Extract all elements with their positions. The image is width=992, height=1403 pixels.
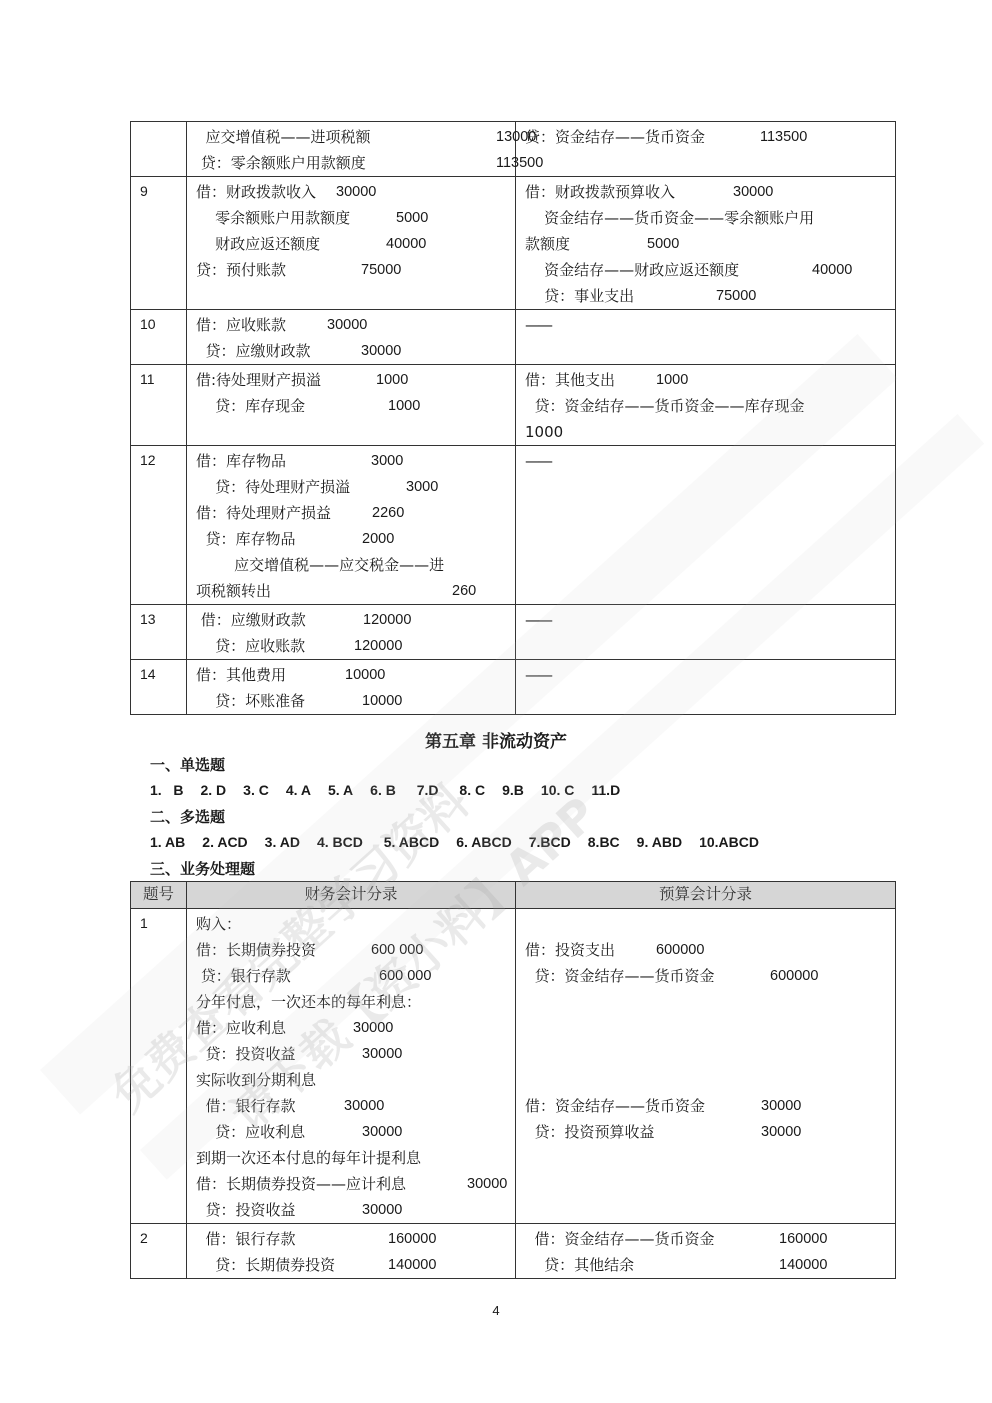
entry-line: 项税额转出260: [196, 578, 515, 604]
financial-entry-cell: 借：其他费用10000 贷：坏账准备10000: [187, 660, 516, 715]
entry-lines: 购入：借：长期债券投资600 000 贷：银行存款600 000分年付息，一次还…: [187, 909, 515, 1223]
entry-number: [131, 122, 187, 177]
entry-number: 9: [131, 177, 187, 310]
entry-account: 贷：待处理财产损溢: [196, 478, 350, 496]
entry-number: 11: [131, 365, 187, 446]
budget-entry-cell: ——: [516, 310, 896, 365]
entry-lines: 借：库存物品3000 贷：待处理财产损溢3000借：待处理财产损益2260 贷：…: [187, 446, 515, 604]
entry-amount: 30000: [361, 338, 401, 364]
entry-line: 贷：零余额账户用款额度113500: [196, 150, 515, 176]
table-row: 14借：其他费用10000 贷：坏账准备10000——: [131, 660, 896, 715]
entry-line: 借：资金结存——货币资金30000: [525, 1093, 895, 1119]
table-row: 1购入：借：长期债券投资600 000 贷：银行存款600 000分年付息，一次…: [131, 909, 896, 1224]
entry-account: 贷：其他结余: [525, 1256, 634, 1274]
entry-line: 贷：应收账款120000: [196, 633, 515, 659]
table-row: 11借:待处理财产损溢1000 贷：库存现金1000借：其他支出1000 贷：资…: [131, 365, 896, 446]
entry-amount: 140000: [779, 1252, 827, 1278]
financial-entry-cell: 借:待处理财产损溢1000 贷：库存现金1000: [187, 365, 516, 446]
entry-line: [525, 911, 895, 937]
multiple-choice-answers: 1. AB2. ACD3. AD4. BCD 5. ABCD6. ABCD7.B…: [150, 834, 776, 850]
entry-number: 12: [131, 446, 187, 605]
entry-line: 贷：资金结存——货币资金——库存现金: [525, 393, 895, 419]
answer-item: 7.D: [413, 782, 439, 798]
entry-amount: 30000: [761, 1119, 801, 1145]
entry-line: 贷：应收利息30000: [196, 1119, 515, 1145]
entry-amount: 113500: [496, 150, 543, 176]
entry-line: [525, 1041, 895, 1067]
entry-account: 贷：长期债券投资: [196, 1256, 335, 1274]
answer-item: 9. ABD: [637, 834, 682, 850]
budget-entry-cell: 借：投资支出600000 贷：资金结存——货币资金600000借：资金结存——货…: [516, 909, 896, 1224]
answer-item: 8. C: [456, 782, 486, 798]
single-choice-answers: 1. B2. D3. C4. A5. A6. B 7.D 8. C9.B10. …: [150, 782, 637, 798]
table-row: 10借：应收账款30000 贷：应缴财政款30000——: [131, 310, 896, 365]
entry-line: 贷：投资收益30000: [196, 1197, 515, 1223]
answer-item: 8.BC: [588, 834, 620, 850]
entry-account: 到期一次还本付息的每年计提利息: [196, 1149, 421, 1167]
entry-account: 财政应返还额度: [196, 235, 320, 253]
financial-entry-cell: 购入：借：长期债券投资600 000 贷：银行存款600 000分年付息，一次还…: [187, 909, 516, 1224]
entry-account: 贷：应收账款: [196, 637, 305, 655]
entry-amount: 75000: [361, 257, 401, 283]
entry-account: 借：应缴财政款: [196, 611, 306, 629]
entry-amount: 113500: [760, 124, 807, 150]
entry-line: 购入：: [196, 911, 515, 937]
entry-account: 实际收到分期利息: [196, 1071, 316, 1089]
header-budget: 预算会计分录: [516, 882, 896, 909]
entry-account: 项税额转出: [196, 582, 271, 600]
answer-item: 2. ACD: [202, 834, 247, 850]
entry-account: 借：应收利息: [196, 1019, 286, 1037]
budget-entry-cell: ——: [516, 446, 896, 605]
entry-account: 借:待处理财产损溢: [196, 371, 321, 389]
entry-lines: ——: [516, 446, 895, 474]
entry-line: 零余额账户用款额度5000: [196, 205, 515, 231]
entry-amount: 30000: [327, 312, 367, 338]
answer-item: 3. AD: [265, 834, 300, 850]
entry-amount: 30000: [344, 1093, 384, 1119]
answer-item: 10. C: [541, 782, 574, 798]
entry-amount: 30000: [761, 1093, 801, 1119]
entry-amount: 2260: [372, 500, 404, 526]
entry-lines: 借：财政拨款收入30000 零余额账户用款额度5000 财政应返还额度40000…: [187, 177, 515, 283]
entry-line: [525, 989, 895, 1015]
entry-amount: 600000: [770, 963, 818, 989]
entry-line: 借：待处理财产损益2260: [196, 500, 515, 526]
entry-line: 款额度5000: [525, 231, 895, 257]
entry-line: 到期一次还本付息的每年计提利息: [196, 1145, 515, 1171]
entry-account: 借：资金结存——货币资金: [525, 1230, 715, 1248]
answer-item: 6. B: [370, 782, 396, 798]
entry-lines: 借：其他费用10000 贷：坏账准备10000: [187, 660, 515, 714]
entry-line: 贷：投资预算收益30000: [525, 1119, 895, 1145]
entry-amount: 600 000: [379, 963, 431, 989]
financial-entry-cell: 借：库存物品3000 贷：待处理财产损溢3000借：待处理财产损益2260 贷：…: [187, 446, 516, 605]
entry-number: 2: [131, 1224, 187, 1279]
entry-account: 贷：预付账款: [196, 261, 286, 279]
entry-account: 贷：投资收益: [196, 1201, 296, 1219]
answer-item: 5. ABCD: [380, 834, 439, 850]
entry-account: 借：财政拨款收入: [196, 183, 316, 201]
answer-item: 9.B: [502, 782, 524, 798]
entry-amount: 5000: [647, 231, 679, 257]
answer-item: 2. D: [200, 782, 226, 798]
entry-line: 贷：待处理财产损溢3000: [196, 474, 515, 500]
entry-line: 贷：库存物品2000: [196, 526, 515, 552]
entry-line: 资金结存——财政应返还额度40000: [525, 257, 895, 283]
budget-entry-cell: 借：其他支出1000 贷：资金结存——货币资金——库存现金1000: [516, 365, 896, 446]
entry-lines: 借：应缴财政款120000 贷：应收账款120000: [187, 605, 515, 659]
entry-account: 借：财政拨款预算收入: [525, 183, 675, 201]
entry-line: 分年付息，一次还本的每年利息：: [196, 989, 515, 1015]
entry-line: 1000: [525, 419, 895, 445]
entry-amount: 40000: [386, 231, 426, 257]
entry-line: 借：应收账款30000: [196, 312, 515, 338]
entry-account: 借：其他支出: [525, 371, 615, 389]
entry-account: 借：待处理财产损益: [196, 504, 331, 522]
entry-amount: 1000: [656, 367, 688, 393]
answer-item: 4. A: [286, 782, 311, 798]
answer-item: 10.ABCD: [699, 834, 759, 850]
entry-amount: 5000: [396, 205, 428, 231]
entry-amount: 160000: [779, 1226, 827, 1252]
answer-item: 6. ABCD: [456, 834, 512, 850]
table-header-row: 题号 财务会计分录 预算会计分录: [131, 882, 896, 909]
entry-account: 借：长期债券投资——应计利息: [196, 1175, 406, 1193]
page-number: 4: [0, 1303, 992, 1318]
practice-heading: 三、业务处理题: [150, 858, 255, 879]
entry-amount: 30000: [353, 1015, 393, 1041]
entry-account: 贷：应收利息: [196, 1123, 305, 1141]
entry-line: 贷：其他结余140000: [525, 1252, 895, 1278]
entry-account: 购入：: [196, 915, 241, 933]
entry-amount: 120000: [363, 607, 411, 633]
entry-account: 借：库存物品: [196, 452, 286, 470]
entry-line: 贷：资金结存——货币资金600000: [525, 963, 895, 989]
entry-amount: 10000: [362, 688, 402, 714]
entry-line: [525, 1067, 895, 1093]
answer-item: 1. B: [150, 782, 183, 798]
table-row: 13 借：应缴财政款120000 贷：应收账款120000——: [131, 605, 896, 660]
entry-account: 贷：资金结存——货币资金: [525, 128, 705, 146]
answer-item: 3. C: [243, 782, 269, 798]
no-entry-dash: ——: [525, 312, 895, 338]
entry-account: 资金结存——财政应返还额度: [525, 261, 739, 279]
entry-amount: 30000: [362, 1197, 402, 1223]
entry-amount: 30000: [467, 1171, 507, 1197]
entry-amount: 260: [452, 578, 476, 604]
entry-amount: 3000: [371, 448, 403, 474]
no-entry-dash: ——: [525, 662, 895, 688]
entry-line: 借：财政拨款预算收入30000: [525, 179, 895, 205]
budget-entry-cell: 贷：资金结存——货币资金113500: [516, 122, 896, 177]
chapter-title: 第五章 非流动资产: [0, 727, 992, 752]
entry-account: 贷：资金结存——货币资金——库存现金: [525, 397, 805, 415]
entry-lines: 借：资金结存——货币资金160000 贷：其他结余140000: [516, 1224, 895, 1278]
entry-account: 贷：资金结存——货币资金: [525, 967, 715, 985]
financial-entry-cell: 借：财政拨款收入30000 零余额账户用款额度5000 财政应返还额度40000…: [187, 177, 516, 310]
entry-amount: 600000: [656, 937, 704, 963]
financial-entry-cell: 借：应缴财政款120000 贷：应收账款120000: [187, 605, 516, 660]
entry-account: 贷：应缴财政款: [196, 342, 311, 360]
budget-entry-cell: 借：财政拨款预算收入30000 资金结存——货币资金——零余额账户用款额度500…: [516, 177, 896, 310]
entry-line: 借：银行存款30000: [196, 1093, 515, 1119]
answer-item: 1. AB: [150, 834, 185, 850]
entry-number: 13: [131, 605, 187, 660]
entry-account: 贷：库存现金: [196, 397, 305, 415]
entry-amount: 10000: [345, 662, 385, 688]
entry-line: 贷：预付账款75000: [196, 257, 515, 283]
entry-account: 借：应收账款: [196, 316, 286, 334]
entry-lines: ——: [516, 660, 895, 688]
table-row: 2 借：银行存款160000 贷：长期债券投资140000 借：资金结存——货币…: [131, 1224, 896, 1279]
entry-account: 款额度: [525, 235, 570, 253]
entry-line: 财政应返还额度40000: [196, 231, 515, 257]
entry-account: 借：银行存款: [196, 1230, 296, 1248]
entry-account: 应交增值税——进项税额: [196, 128, 371, 146]
entry-lines: 借：财政拨款预算收入30000 资金结存——货币资金——零余额账户用款额度500…: [516, 177, 895, 309]
table-row: 12借：库存物品3000 贷：待处理财产损溢3000借：待处理财产损益2260 …: [131, 446, 896, 605]
entry-lines: 借：应收账款30000 贷：应缴财政款30000: [187, 310, 515, 364]
header-financial: 财务会计分录: [187, 882, 516, 909]
entry-lines: ——: [516, 605, 895, 633]
answer-item: 7.BCD: [529, 834, 571, 850]
entry-amount: 40000: [812, 257, 852, 283]
budget-entry-cell: 借：资金结存——货币资金160000 贷：其他结余140000: [516, 1224, 896, 1279]
entry-amount: 140000: [388, 1252, 436, 1278]
entry-lines: 借：投资支出600000 贷：资金结存——货币资金600000借：资金结存——货…: [516, 909, 895, 1145]
entry-amount: 75000: [716, 283, 756, 309]
budget-entry-cell: ——: [516, 605, 896, 660]
top-entries-table: 应交增值税——进项税额13000 贷：零余额账户用款额度113500贷：资金结存…: [130, 121, 896, 715]
document-page: 应交增值税——进项税额13000 贷：零余额账户用款额度113500贷：资金结存…: [0, 0, 992, 1403]
entry-line: 应交增值税——应交税金——进: [196, 552, 515, 578]
practice-entries-table: 题号 财务会计分录 预算会计分录 1购入：借：长期债券投资600 000 贷：银…: [130, 881, 896, 1279]
entry-line: 借：其他费用10000: [196, 662, 515, 688]
entry-line: 借：资金结存——货币资金160000: [525, 1226, 895, 1252]
entry-line: 资金结存——货币资金——零余额账户用: [525, 205, 895, 231]
answer-item: 11.D: [591, 782, 620, 798]
entry-line: 贷：长期债券投资140000: [196, 1252, 515, 1278]
entry-lines: ——: [516, 310, 895, 338]
multiple-choice-heading: 二、多选题: [150, 806, 225, 827]
entry-lines: 借：其他支出1000 贷：资金结存——货币资金——库存现金1000: [516, 365, 895, 445]
entry-account: 分年付息，一次还本的每年利息：: [196, 993, 421, 1011]
entry-line: 实际收到分期利息: [196, 1067, 515, 1093]
entry-account: 借：银行存款: [196, 1097, 296, 1115]
entry-amount: 1000: [388, 393, 420, 419]
entry-line: 贷：坏账准备10000: [196, 688, 515, 714]
entry-account: 贷：银行存款: [196, 967, 291, 985]
entry-account: 贷：库存物品: [196, 530, 296, 548]
answer-item: 4. BCD: [317, 834, 363, 850]
entry-amount: 2000: [362, 526, 394, 552]
entry-account: 贷：投资预算收益: [525, 1123, 655, 1141]
entry-lines: 借：银行存款160000 贷：长期债券投资140000: [187, 1224, 515, 1278]
no-entry-dash: ——: [525, 448, 895, 474]
entry-account: 贷：坏账准备: [196, 692, 305, 710]
entry-line: 应交增值税——进项税额13000: [196, 124, 515, 150]
entry-account: 贷：零余额账户用款额度: [196, 154, 366, 172]
answer-item: 5. A: [328, 782, 353, 798]
entry-line: 借：应收利息30000: [196, 1015, 515, 1041]
table-row: 应交增值税——进项税额13000 贷：零余额账户用款额度113500贷：资金结存…: [131, 122, 896, 177]
entry-line: 贷：银行存款600 000: [196, 963, 515, 989]
financial-entry-cell: 借：银行存款160000 贷：长期债券投资140000: [187, 1224, 516, 1279]
entry-lines: 贷：资金结存——货币资金113500: [516, 122, 895, 150]
entry-account: 零余额账户用款额度: [196, 209, 350, 227]
entry-line: 贷：资金结存——货币资金113500: [525, 124, 895, 150]
entry-amount: 120000: [354, 633, 402, 659]
entry-account: 1000: [525, 423, 563, 441]
no-entry-dash: ——: [525, 607, 895, 633]
entry-account: 借：投资支出: [525, 941, 615, 959]
entry-line: 贷：投资收益30000: [196, 1041, 515, 1067]
entry-line: [525, 1015, 895, 1041]
entry-lines: 应交增值税——进项税额13000 贷：零余额账户用款额度113500: [187, 122, 515, 176]
entry-amount: 30000: [362, 1041, 402, 1067]
entry-number: 10: [131, 310, 187, 365]
entry-lines: 借:待处理财产损溢1000 贷：库存现金1000: [187, 365, 515, 419]
entry-amount: 30000: [733, 179, 773, 205]
entry-amount: 30000: [336, 179, 376, 205]
entry-account: 资金结存——货币资金——零余额账户用: [525, 209, 814, 227]
entry-line: 贷：应缴财政款30000: [196, 338, 515, 364]
entry-account: 贷：投资收益: [196, 1045, 296, 1063]
entry-line: 借：财政拨款收入30000: [196, 179, 515, 205]
entry-account: 借：其他费用: [196, 666, 286, 684]
entry-account: 借：长期债券投资: [196, 941, 316, 959]
entry-number: 1: [131, 909, 187, 1224]
entry-line: 贷：事业支出75000: [525, 283, 895, 309]
financial-entry-cell: 借：应收账款30000 贷：应缴财政款30000: [187, 310, 516, 365]
entry-account: 贷：事业支出: [525, 287, 634, 305]
entry-account: 借：资金结存——货币资金: [525, 1097, 705, 1115]
entry-account: 应交增值税——应交税金——进: [196, 556, 444, 574]
entry-amount: 600 000: [371, 937, 423, 963]
entry-line: 借：长期债券投资600 000: [196, 937, 515, 963]
entry-line: 借：库存物品3000: [196, 448, 515, 474]
entry-amount: 3000: [406, 474, 438, 500]
entry-amount: 1000: [376, 367, 408, 393]
entry-line: 借：应缴财政款120000: [196, 607, 515, 633]
entry-line: 借：其他支出1000: [525, 367, 895, 393]
header-num: 题号: [131, 882, 187, 909]
entry-amount: 30000: [362, 1119, 402, 1145]
entry-line: 借：投资支出600000: [525, 937, 895, 963]
entry-line: 借：银行存款160000: [196, 1226, 515, 1252]
financial-entry-cell: 应交增值税——进项税额13000 贷：零余额账户用款额度113500: [187, 122, 516, 177]
entry-line: 贷：库存现金1000: [196, 393, 515, 419]
budget-entry-cell: ——: [516, 660, 896, 715]
table-row: 9借：财政拨款收入30000 零余额账户用款额度5000 财政应返还额度4000…: [131, 177, 896, 310]
entry-number: 14: [131, 660, 187, 715]
entry-line: 借:待处理财产损溢1000: [196, 367, 515, 393]
entry-line: 借：长期债券投资——应计利息30000: [196, 1171, 515, 1197]
entry-amount: 160000: [388, 1226, 436, 1252]
single-choice-heading: 一、单选题: [150, 754, 225, 775]
